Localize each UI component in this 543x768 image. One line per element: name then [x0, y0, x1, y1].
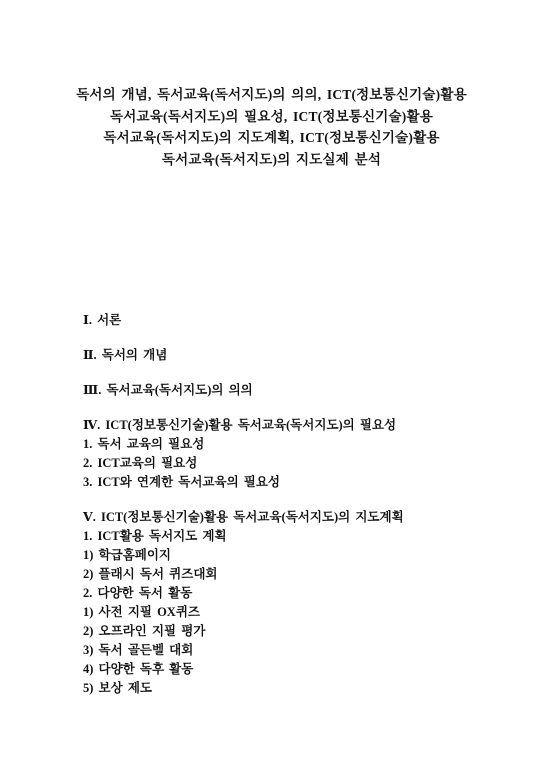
- title-line-2: 독서교육(독서지도)의 필요성, ICT(정보통신기술)활용: [0, 106, 543, 128]
- toc-item: 2. 다양한 독서 활동: [83, 584, 503, 603]
- toc-item: 4) 다양한 독후 활동: [83, 660, 503, 679]
- toc-heading-4: Ⅳ. ICT(정보통신기술)활용 독서교육(독서지도)의 필요성: [83, 416, 503, 435]
- toc-item: 5) 보상 제도: [83, 679, 503, 698]
- toc-section-5: Ⅴ. ICT(정보통신기술)활용 독서교육(독서지도)의 지도계획 1. ICT…: [83, 508, 503, 698]
- toc-item: 3. ICT와 연계한 독서교육의 필요성: [83, 473, 503, 492]
- toc-item: 2) 플래시 독서 퀴즈대회: [83, 565, 503, 584]
- toc-section-2: Ⅱ. 독서의 개념: [83, 346, 503, 365]
- toc-item: 3) 독서 골든벨 대회: [83, 641, 503, 660]
- toc-item: 1) 학급홈페이지: [83, 546, 503, 565]
- toc-item: 1) 사전 지필 OX퀴즈: [83, 603, 503, 622]
- toc-section-4: Ⅳ. ICT(정보통신기술)활용 독서교육(독서지도)의 필요성 1. 독서 교…: [83, 416, 503, 492]
- table-of-contents: Ⅰ. 서론 Ⅱ. 독서의 개념 Ⅲ. 독서교육(독서지도)의 의의 Ⅳ. ICT…: [0, 311, 543, 698]
- toc-item: 2. ICT교육의 필요성: [83, 454, 503, 473]
- title-line-1: 독서의 개념, 독서교육(독서지도)의 의의, ICT(정보통신기술)활용: [0, 84, 543, 106]
- toc-heading-3: Ⅲ. 독서교육(독서지도)의 의의: [83, 381, 503, 400]
- title-line-4: 독서교육(독서지도)의 지도실제 분석: [0, 149, 543, 171]
- toc-heading-1: Ⅰ. 서론: [83, 311, 503, 330]
- toc-item: 1. ICT활용 독서지도 계획: [83, 527, 503, 546]
- toc-item: 1. 독서 교육의 필요성: [83, 435, 503, 454]
- toc-heading-2: Ⅱ. 독서의 개념: [83, 346, 503, 365]
- toc-item: 2) 오프라인 지필 평가: [83, 622, 503, 641]
- document-title: 독서의 개념, 독서교육(독서지도)의 의의, ICT(정보통신기술)활용 독서…: [0, 0, 543, 170]
- title-line-3: 독서교육(독서지도)의 지도계획, ICT(정보통신기술)활용: [0, 127, 543, 149]
- toc-section-1: Ⅰ. 서론: [83, 311, 503, 330]
- document-page: 독서의 개념, 독서교육(독서지도)의 의의, ICT(정보통신기술)활용 독서…: [0, 0, 543, 768]
- toc-heading-5: Ⅴ. ICT(정보통신기술)활용 독서교육(독서지도)의 지도계획: [83, 508, 503, 527]
- toc-section-3: Ⅲ. 독서교육(독서지도)의 의의: [83, 381, 503, 400]
